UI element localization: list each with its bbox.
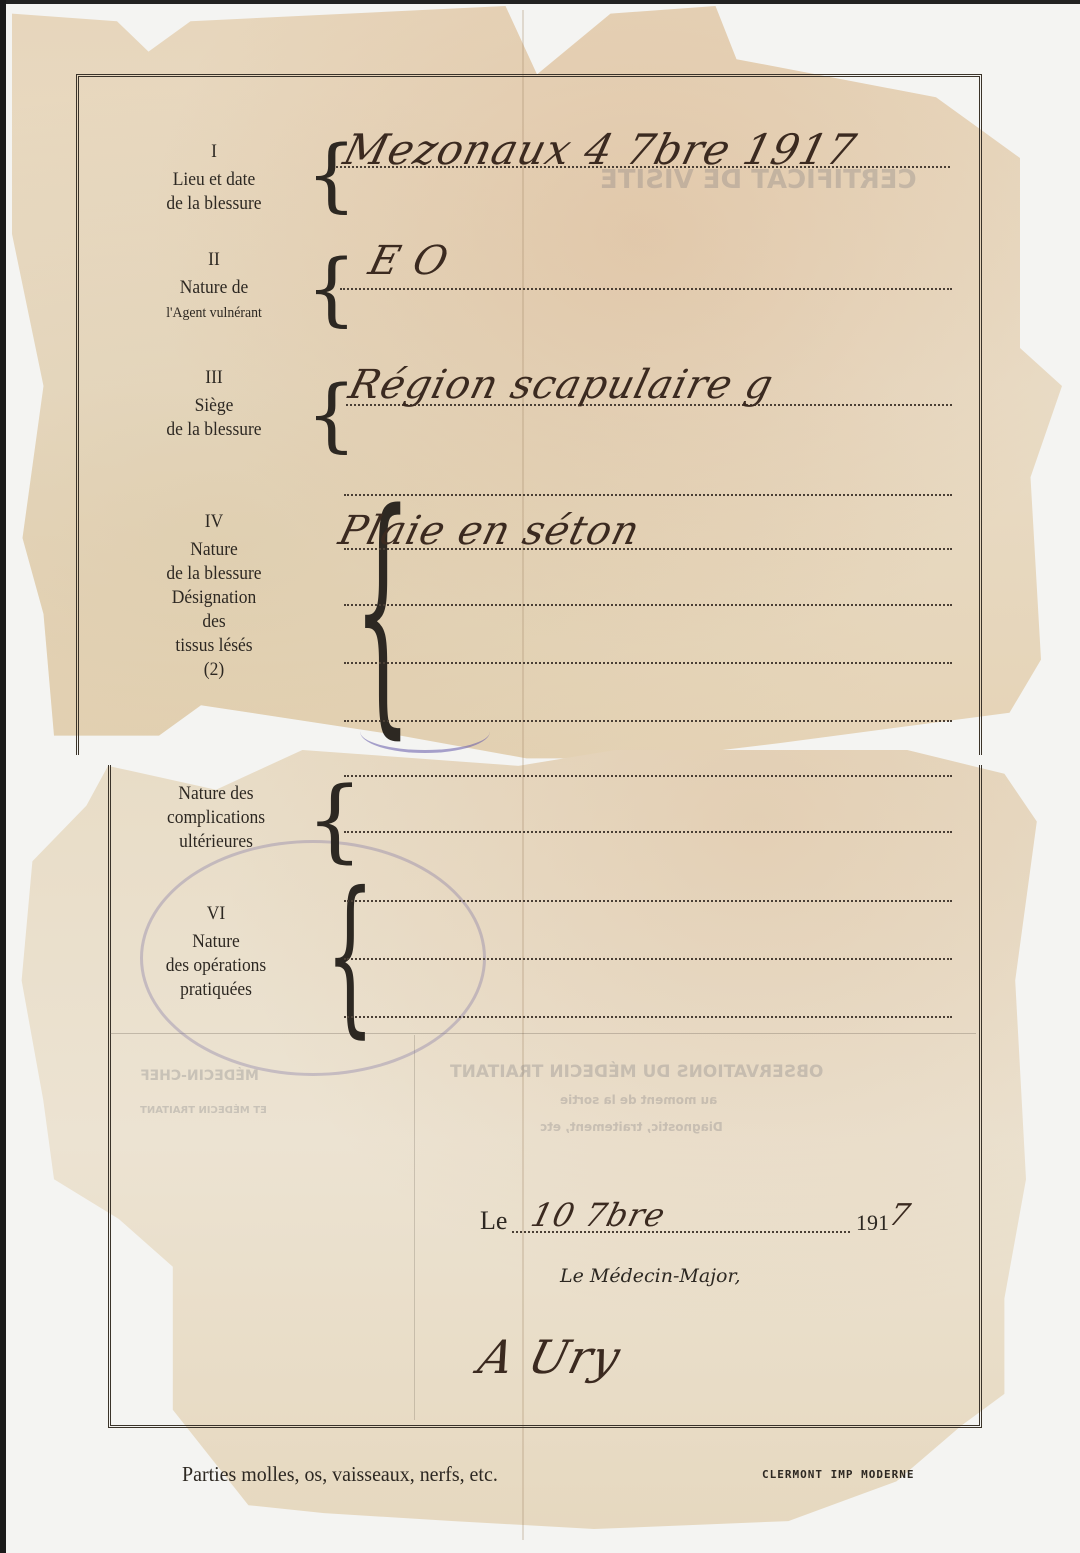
footnote: Parties molles, os, vaisseaux, nerfs, et… [182, 1462, 498, 1487]
fill-line [344, 662, 952, 664]
fill-line [344, 1016, 952, 1018]
show-through-stamp-sub: ET MÉDECIN TRAITANT [140, 1105, 267, 1116]
fill-line [340, 288, 952, 290]
form-vertical-divider [414, 1035, 415, 1420]
show-through-observations-sub1: au moment de la sortie [560, 1093, 717, 1107]
section-6-label: VI Nature des opérations pratiquées [133, 902, 299, 1002]
medecin-major-title: Le Médecin-Major, [560, 1265, 741, 1287]
show-through-observations-sub2: Diagnostic, traitement, etc [540, 1120, 723, 1134]
brace-icon: { [306, 368, 357, 461]
brace-icon: { [326, 870, 375, 1040]
printed-year: 191 [856, 1210, 889, 1236]
fill-line [344, 720, 952, 722]
fill-line [344, 831, 952, 833]
fill-line [344, 775, 952, 777]
scan-border-top [0, 0, 1080, 4]
show-through-observations: OBSERVATIONS DU MÉDECIN TRAITANT [450, 1062, 823, 1082]
section-3-label: III Siège de la blessure [135, 366, 293, 442]
fill-line [344, 494, 952, 496]
section-1-label: I Lieu et date de la blessure [135, 140, 293, 216]
scan-border-left [0, 0, 6, 1553]
handwritten-wound-nature: Plaie en séton [334, 508, 644, 554]
section-4-label: IV Nature de la blessure Désignation des… [135, 510, 293, 682]
fill-line [344, 958, 952, 960]
handwritten-date: 10 7bre [527, 1196, 669, 1234]
handwritten-agent: E O [364, 238, 453, 284]
section-2-label: II Nature de l'Agent vulnérant [135, 248, 293, 325]
date-prefix: Le [480, 1206, 507, 1236]
handwritten-site: Région scapulaire g [344, 362, 778, 408]
signature: A Ury [473, 1330, 626, 1384]
fill-line [344, 604, 952, 606]
section-5-label: Nature des complications ultérieures [133, 782, 299, 854]
printer-imprint: CLERMONT IMP MODERNE [762, 1468, 914, 1481]
handwritten-place-date: Mezonaux 4 7bre 1917 [339, 125, 862, 174]
fill-line [344, 900, 952, 902]
show-through-stamp-text: MÉDECIN-CHEF [140, 1068, 259, 1084]
